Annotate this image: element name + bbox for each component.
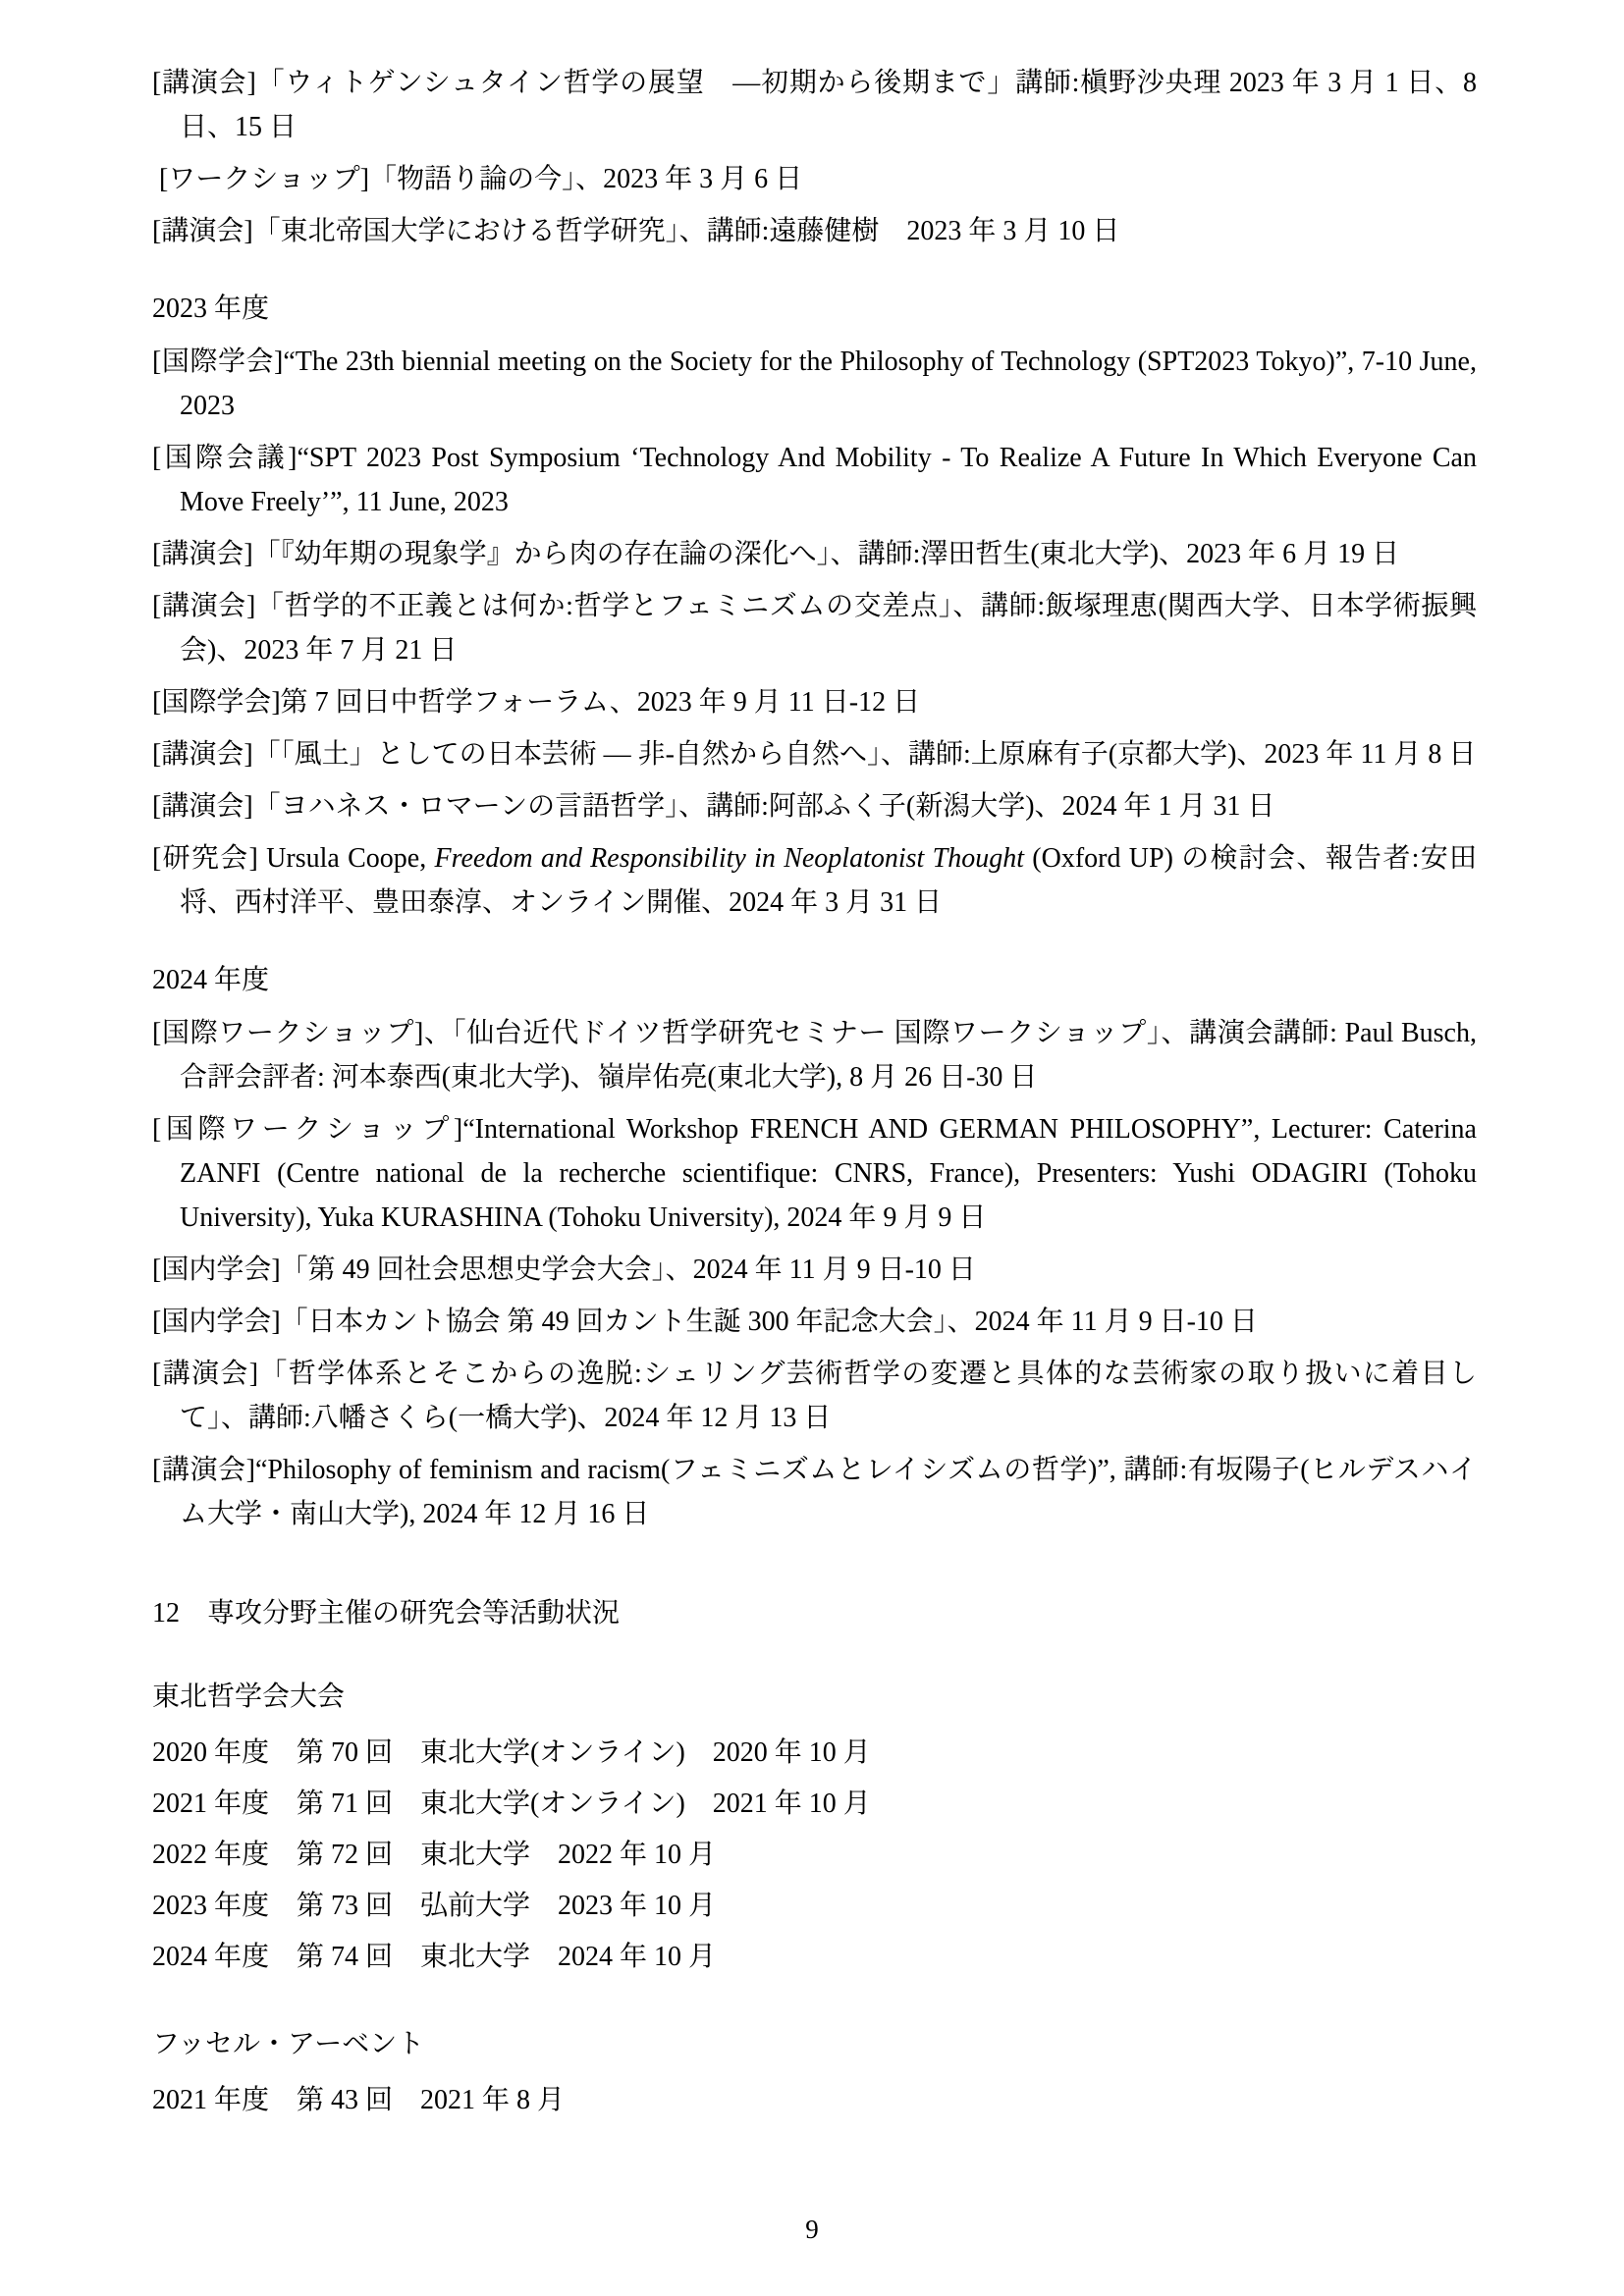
fiscal-year-section: 2023 年度[国際学会]“The 23th biennial meeting … xyxy=(152,287,1477,925)
entry-text: [国際学会]第 7 回日中哲学フォーラム、2023 年 9 月 11 日-12 … xyxy=(152,687,920,718)
entry-paragraph: [講演会]「哲学体系とそこからの逸脱:シェリング芸術哲学の変遷と具体的な芸術家の… xyxy=(152,1352,1477,1440)
entry-text: [講演会]“Philosophy of feminism and racism(… xyxy=(152,1455,1477,1529)
entry-text: [国際会議]“SPT 2023 Post Symposium ‘Technolo… xyxy=(152,443,1484,517)
entry-paragraph: [国際ワークショップ]“International Workshop FRENC… xyxy=(152,1107,1477,1240)
entry-paragraph: [国際ワークショップ]、「仙台近代ドイツ哲学研究セミナー 国際ワークショップ」、… xyxy=(152,1011,1477,1099)
entry-paragraph: [講演会]「『幼年期の現象学』から肉の存在論の深化へ」、講師:澤田哲生(東北大学… xyxy=(152,532,1477,576)
entry-text: [講演会]「ウィトゲンシュタイン哲学の展望 ―初期から後期まで」講師:槇野沙央理… xyxy=(152,68,1484,142)
entry-text: [講演会]「哲学体系とそこからの逸脱:シェリング芸術哲学の変遷と具体的な芸術家の… xyxy=(152,1359,1477,1433)
page-number: 9 xyxy=(0,2215,1624,2245)
intro-entries: [講演会]「ウィトゲンシュタイン哲学の展望 ―初期から後期まで」講師:槇野沙央理… xyxy=(152,61,1477,253)
entry-text: [ワークショップ]「物語り論の今」、2023 年 3 月 6 日 xyxy=(152,164,802,194)
chapter-heading: 12 専攻分野主催の研究会等活動状況 xyxy=(152,1591,1477,1635)
entry-text: [講演会]「東北帝国大学における哲学研究」、講師:遠藤健樹 2023 年 3 月… xyxy=(152,216,1119,246)
entry-paragraph: [講演会]“Philosophy of feminism and racism(… xyxy=(152,1448,1477,1536)
entry-paragraph: [国内学会]「日本カント協会 第 49 回カント生誕 300 年記念大会」、20… xyxy=(152,1300,1477,1344)
activity-line: 2021 年度 第 43 回 2021 年 8 月 xyxy=(152,2075,1477,2126)
entry-paragraph: [講演会]「哲学的不正義とは何か:哲学とフェミニズムの交差点」、講師:飯塚理恵(… xyxy=(152,584,1477,672)
entry-paragraph: [国際学会]“The 23th biennial meeting on the … xyxy=(152,340,1477,428)
entry-paragraph: [国際学会]第 7 回日中哲学フォーラム、2023 年 9 月 11 日-12 … xyxy=(152,680,1477,724)
entry-paragraph: [講演会]「ウィトゲンシュタイン哲学の展望 ―初期から後期まで」講師:槇野沙央理… xyxy=(152,61,1477,149)
entry-paragraph: [国内学会]「第 49 回社会思想史学会大会」、2024 年 11 月 9 日-… xyxy=(152,1248,1477,1292)
subsection-title: フッセル・アーベント xyxy=(152,2022,1477,2066)
page-content: [講演会]「ウィトゲンシュタイン哲学の展望 ―初期から後期まで」講師:槇野沙央理… xyxy=(0,0,1624,2126)
entry-text: [国内学会]「日本カント協会 第 49 回カント生誕 300 年記念大会」、20… xyxy=(152,1307,1258,1337)
chapter-subsections: 東北哲学会大会2020 年度 第 70 回 東北大学(オンライン) 2020 年… xyxy=(152,1675,1477,2126)
entry-paragraph: [講演会]「「風土」としての日本芸術 ― 非-自然から自然へ」、講師:上原麻有子… xyxy=(152,732,1477,776)
entry-text: [講演会]「ヨハネス・ロマーンの言語哲学」、講師:阿部ふく子(新潟大学)、202… xyxy=(152,791,1275,822)
fiscal-year-section: 2024 年度[国際ワークショップ]、「仙台近代ドイツ哲学研究セミナー 国際ワー… xyxy=(152,958,1477,1536)
entry-paragraph: [講演会]「東北帝国大学における哲学研究」、講師:遠藤健樹 2023 年 3 月… xyxy=(152,209,1477,253)
activity-line: 2023 年度 第 73 回 弘前大学 2023 年 10 月 xyxy=(152,1881,1477,1932)
document-page: [講演会]「ウィトゲンシュタイン哲学の展望 ―初期から後期まで」講師:槇野沙央理… xyxy=(0,0,1624,2296)
entry-paragraph: [研究会] Ursula Coope, Freedom and Responsi… xyxy=(152,836,1477,925)
book-title-italic: Freedom and Responsibility in Neoplatoni… xyxy=(435,843,1024,874)
entry-text: [国内学会]「第 49 回社会思想史学会大会」、2024 年 11 月 9 日-… xyxy=(152,1255,976,1285)
subsection: フッセル・アーベント2021 年度 第 43 回 2021 年 8 月 xyxy=(152,2022,1477,2126)
entry-paragraph: [国際会議]“SPT 2023 Post Symposium ‘Technolo… xyxy=(152,436,1477,524)
entry-text: [講演会]「哲学的不正義とは何か:哲学とフェミニズムの交差点」、講師:飯塚理恵(… xyxy=(152,591,1477,666)
entry-text: [国際ワークショップ]“International Workshop FRENC… xyxy=(152,1114,1484,1233)
section-heading: 2023 年度 xyxy=(152,287,1477,331)
entry-paragraph: [ワークショップ]「物語り論の今」、2023 年 3 月 6 日 xyxy=(152,157,1477,201)
entry-text: [講演会]「「風土」としての日本芸術 ― 非-自然から自然へ」、講師:上原麻有子… xyxy=(152,739,1476,770)
activity-line: 2020 年度 第 70 回 東北大学(オンライン) 2020 年 10 月 xyxy=(152,1728,1477,1779)
fiscal-year-sections: 2023 年度[国際学会]“The 23th biennial meeting … xyxy=(152,287,1477,1536)
entry-paragraph: [講演会]「ヨハネス・ロマーンの言語哲学」、講師:阿部ふく子(新潟大学)、202… xyxy=(152,784,1477,828)
subsection-title: 東北哲学会大会 xyxy=(152,1675,1477,1719)
subsection: 東北哲学会大会2020 年度 第 70 回 東北大学(オンライン) 2020 年… xyxy=(152,1675,1477,1983)
activity-line: 2022 年度 第 72 回 東北大学 2022 年 10 月 xyxy=(152,1830,1477,1881)
entry-text: [国際ワークショップ]、「仙台近代ドイツ哲学研究セミナー 国際ワークショップ」、… xyxy=(152,1018,1484,1093)
activity-line: 2021 年度 第 71 回 東北大学(オンライン) 2021 年 10 月 xyxy=(152,1779,1477,1830)
section-heading: 2024 年度 xyxy=(152,958,1477,1002)
entry-text: [研究会] Ursula Coope, xyxy=(152,843,435,874)
entry-text: [講演会]「『幼年期の現象学』から肉の存在論の深化へ」、講師:澤田哲生(東北大学… xyxy=(152,539,1399,569)
entry-text: [国際学会]“The 23th biennial meeting on the … xyxy=(152,347,1484,421)
activity-line: 2024 年度 第 74 回 東北大学 2024 年 10 月 xyxy=(152,1932,1477,1983)
